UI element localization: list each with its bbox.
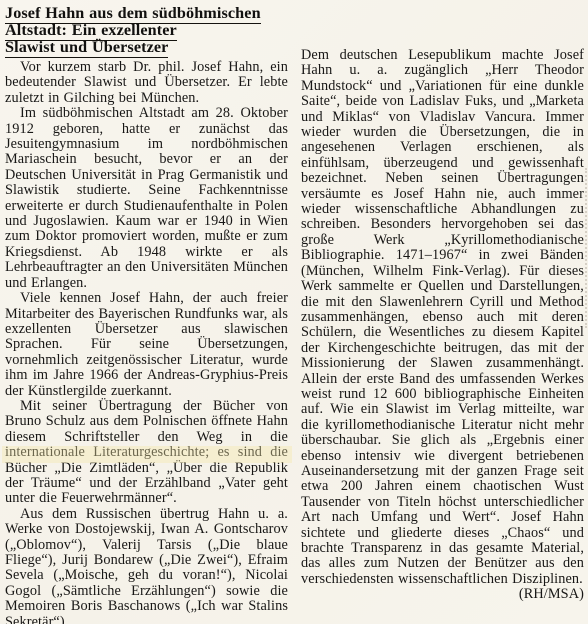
paragraph-intro: Vor kurzem starb Dr. phil. Josef Hahn, e… — [5, 60, 288, 106]
paragraph-continuation-text: Dem deutschen Lesepublikum machte Josef … — [301, 47, 584, 587]
article-headline: Josef Hahn aus dem südböhmischen Altstad… — [5, 5, 288, 56]
paragraph-russian-works: Aus dem Russischen übertrug Hahn u. a. W… — [5, 507, 288, 624]
headline-line-2: Altstadt: Ein exzellenter — [5, 22, 288, 39]
headline-line-3: Slawist und Übersetzer — [5, 39, 288, 56]
paragraph-bruno-schulz: Mit seiner Übertragung der Bücher von Br… — [5, 399, 288, 507]
left-column: Josef Hahn aus dem südböhmischen Altstad… — [5, 5, 288, 624]
paragraph-continuation: Dem deutschen Lesepublikum machte Josef … — [301, 48, 584, 587]
headline-line-1: Josef Hahn aus dem südböhmischen — [5, 5, 288, 22]
author-signature: (RH/MSA) — [519, 587, 584, 602]
paragraph-biography: Im südböhmischen Altstadt am 28. Oktober… — [5, 106, 288, 291]
paragraph-translator-career: Viele kennen Josef Hahn, der auch freier… — [5, 291, 288, 399]
right-column: Dem deutschen Lesepublikum machte Josef … — [301, 5, 584, 624]
newspaper-clipping: Josef Hahn aus dem südböhmischen Altstad… — [0, 0, 588, 624]
